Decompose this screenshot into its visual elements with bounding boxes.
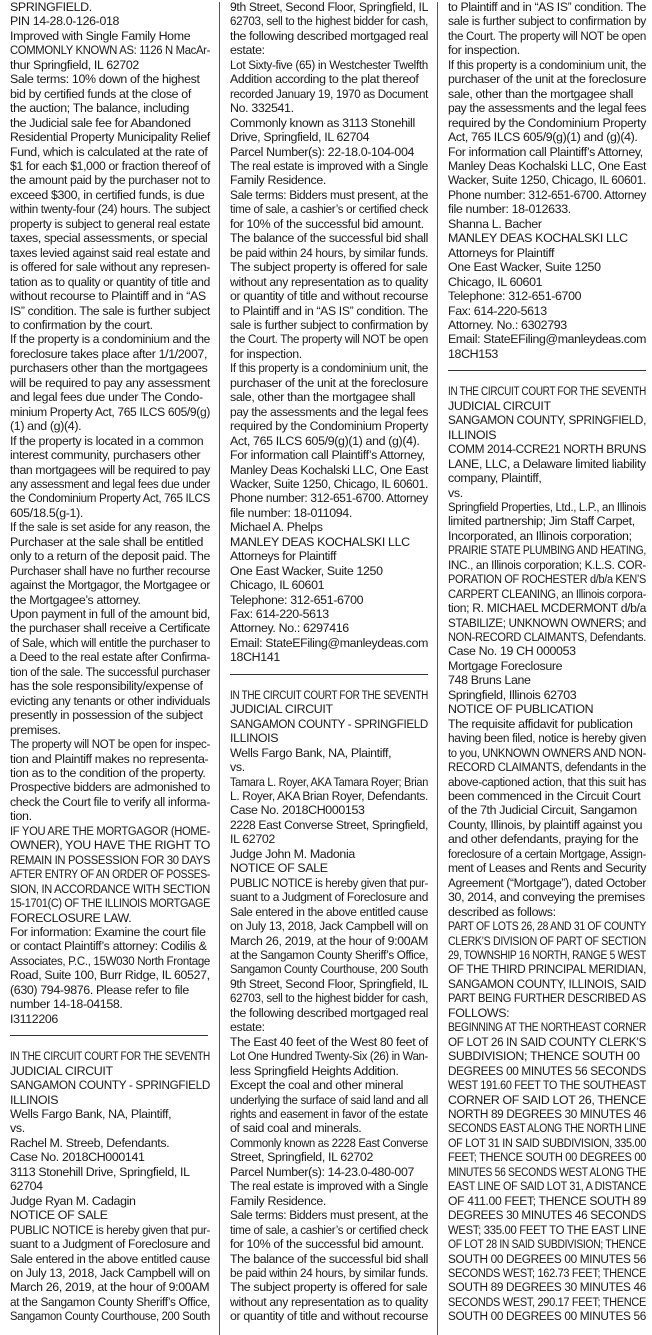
- text-line: FEET; THENCE SOUTH 00 DEGREES 00: [448, 1150, 625, 1164]
- text-line: to confirmation by the court.: [10, 318, 210, 332]
- text-line: the Judicial sale fee for Abandoned: [10, 116, 210, 130]
- text-line: suant to a Judgment of Foreclosure and: [230, 890, 421, 904]
- text-line: 62704: [10, 1179, 210, 1193]
- text-line: Mortgage Foreclosure: [448, 659, 646, 673]
- text-line: IS” condition. The sale is further subje…: [10, 304, 207, 318]
- text-line: Associates, P.C., 15W030 North Frontage: [10, 954, 196, 968]
- text-line: Sale terms: 10% down of the highest: [10, 72, 210, 86]
- text-line: $1 for each $1,000 or fraction thereof o…: [10, 159, 207, 173]
- text-line: or quantity of title and without recours…: [230, 289, 428, 303]
- text-line: file number: 18-011094.: [230, 506, 428, 520]
- text-line: SION, IN ACCORDANCE WITH SECTION: [10, 882, 189, 896]
- text-line: at the Sangamon County Sheriff’s Office,: [230, 948, 417, 962]
- text-line: The real estate is improved with a Singl…: [230, 1179, 418, 1193]
- text-line: company, Plaintiff,: [448, 471, 646, 485]
- column-2: 9th Street, Second Floor, Springfield, I…: [230, 0, 428, 1335]
- text-line: Except the coal and other mineral: [230, 1078, 428, 1092]
- text-line: CARPERT CLEANING, an Illinois corpora-: [448, 587, 626, 601]
- text-line: REMAIN IN POSSESSION FOR 30 DAYS: [10, 853, 191, 867]
- text-line: OF LOT 28 IN SAID SUBDIVISION; THENCE: [448, 1237, 613, 1251]
- text-line: (1) and (g)(4).: [10, 419, 210, 433]
- text-line: CORNER OF SAID LOT 26, THENCE: [448, 1093, 645, 1107]
- text-line: RECORD CLAIMANTS, defendants in the: [448, 760, 628, 774]
- text-line: One East Wacker, Suite 1250: [448, 260, 646, 274]
- text-line: minium Property Act, 765 ILCS 605/9(g): [10, 405, 204, 419]
- text-line: SECONDS WEST, 290.17 FEET; THENCE: [448, 1295, 623, 1309]
- text-line: and other defendants, praying for the: [448, 832, 646, 846]
- text-line: check the Court file to verify all infor…: [10, 795, 207, 809]
- text-line: JUDICIAL CIRCUIT: [10, 1064, 210, 1078]
- text-line: PUBLIC NOTICE is hereby given that pur-: [230, 876, 410, 890]
- text-line: OWNER), YOU HAVE THE RIGHT TO: [10, 838, 209, 852]
- column-separator: [437, 2, 438, 1335]
- text-line: Rachel M. Streeb, Defendants.: [10, 1136, 210, 1150]
- text-line: Judge John M. Madonia: [230, 847, 428, 861]
- text-line: JUDICIAL CIRCUIT: [230, 702, 428, 716]
- text-line: on July 13, 2018, Jack Campbell will on: [10, 1266, 207, 1280]
- text-line: For information: Examine the court file: [10, 925, 210, 939]
- text-line: Telephone: 312-651-6700: [448, 289, 646, 303]
- text-line: above-captioned action, that this suit h…: [448, 775, 635, 789]
- text-line: taxes levied against said real estate an…: [10, 246, 204, 260]
- text-line: Sangamon County Courthouse, 200 South: [10, 1309, 191, 1323]
- text-line: IN THE CIRCUIT COURT FOR THE SEVENTH: [230, 688, 388, 702]
- text-line: Case No. 2018CH000141: [10, 1150, 210, 1164]
- text-line: described as follows:: [448, 905, 646, 919]
- text-line: Sale terms: Bidders must present, at the: [230, 188, 419, 202]
- text-line: One East Wacker, Suite 1250: [230, 564, 428, 578]
- text-line: pay the assessments and the legal fees: [230, 405, 422, 419]
- text-line: The balance of the successful bid shall: [230, 1252, 427, 1266]
- text-line: The requisite affidavit for publication: [448, 717, 646, 731]
- text-line: will be required to pay any assessment: [10, 376, 210, 390]
- text-line: the Court. The property will NOT be open: [230, 332, 415, 346]
- text-line: Manley Deas Kochalski LLC, One East: [448, 159, 643, 173]
- text-line: estate:: [230, 1020, 428, 1034]
- text-line: MANLEY DEAS KOCHALSKI LLC: [448, 231, 646, 245]
- text-line: JUDICIAL CIRCUIT: [448, 399, 646, 413]
- text-line: SPRINGFIELD.: [10, 0, 210, 14]
- text-line: EAST LINE OF SAID LOT 31, A DISTANCE: [448, 1179, 621, 1193]
- text-line: CLERK’S DIVISION OF PART OF SECTION: [448, 934, 616, 948]
- text-line: Purchaser at the sale shall be entitled: [10, 535, 210, 549]
- text-line: of the 7th Judicial Circuit, Sangamon: [448, 803, 646, 817]
- text-line: L. Royer, AKA Brian Royer, Defendants.: [230, 789, 421, 803]
- text-line: 2228 East Converse Street, Springfield,: [230, 818, 422, 832]
- text-line: PART OF LOTS 26, 28 AND 31 OF COUNTY: [448, 919, 614, 933]
- text-line: Act, 765 ILCS 605/9(g)(1) and (g)(4).: [230, 434, 428, 448]
- text-line: Sale entered in the above entitled cause: [230, 905, 419, 919]
- text-line: ILLINOIS: [448, 428, 646, 442]
- text-line: NON-RECORD CLAIMANTS, Defendants.: [448, 630, 625, 644]
- text-line: The balance of the successful bid shall: [230, 231, 427, 245]
- text-line: DEGREES 30 MINUTES 46 SECONDS: [448, 1208, 636, 1222]
- text-line: the following described mortgaged real: [230, 1006, 426, 1020]
- text-line: If the property is located in a common: [10, 434, 210, 448]
- text-line: OF THE THIRD PRINCIPAL MERIDIAN,: [448, 962, 635, 976]
- text-line: without recourse to Plaintiff and in “AS: [10, 289, 210, 303]
- text-line: WEST; 335.00 FEET TO THE EAST LINE: [448, 1223, 629, 1237]
- notice-block: IN THE CIRCUIT COURT FOR THE SEVENTHJUDI…: [10, 1049, 210, 1324]
- text-line: LANE, LLC, a Delaware limited liability: [448, 457, 646, 471]
- text-line: to Plaintiff and in “AS IS” condition. T…: [230, 304, 425, 318]
- text-line: the Court. The property will NOT be open: [448, 29, 633, 43]
- text-line: Act, 765 ILCS 605/9(g)(1) and (g)(4).: [448, 130, 646, 144]
- text-line: OF LOT 26 IN SAID COUNTY CLERK’S: [448, 1035, 635, 1049]
- text-line: Parcel Number(s): 22-18.0-104-004: [230, 145, 428, 159]
- text-line: Commonly known as 3113 Stonehill: [230, 116, 428, 130]
- text-line: DEGREES 00 MINUTES 56 SECONDS: [448, 1064, 636, 1078]
- text-line: March 26, 2019, at the hour of 9:00AM: [230, 934, 427, 948]
- text-line: Shanna L. Bacher: [448, 217, 646, 231]
- text-line: 18CH153: [448, 347, 646, 361]
- text-line: Phone number: 312-651-6700. Attorney: [448, 188, 639, 202]
- text-line: for 10% of the successful bid amount.: [230, 1237, 428, 1251]
- text-line: OF 411.00 FEET; THENCE SOUTH 89: [448, 1194, 642, 1208]
- text-line: Drive, Springfield, IL 62704: [230, 130, 428, 144]
- text-line: tion as to the condition of the property…: [10, 766, 210, 780]
- text-line: against the Mortgagor, the Mortgagee or: [10, 578, 203, 592]
- text-line: time of sale, a cashier’s or certified c…: [230, 1223, 415, 1237]
- text-line: MANLEY DEAS KOCHALSKI LLC: [230, 535, 428, 549]
- text-line: COMMONLY KNOWN AS: 1126 N MacAr-: [10, 43, 192, 57]
- text-line: Improved with Single Family Home: [10, 29, 210, 43]
- text-line: If this property is a condominium unit, …: [230, 361, 416, 375]
- text-line: Tamara L. Royer, AKA Tamara Royer; Brian: [230, 775, 405, 789]
- text-line: SOUTH 00 DEGREES 00 MINUTES 56: [448, 1309, 637, 1323]
- text-line: recorded January 19, 1970 as Document: [230, 87, 415, 101]
- text-line: without any representation as to quality: [230, 275, 425, 289]
- text-line: at the Sangamon County Sheriff’s Office,: [10, 1295, 200, 1309]
- text-line: Springfield, Illinois 62703: [448, 688, 646, 702]
- column-separator: [219, 2, 220, 1335]
- text-line: Purchaser shall have no further recourse: [10, 564, 201, 578]
- text-line: underlying the surface of said land and …: [230, 1093, 414, 1107]
- text-line: Email: StateEFiling@manleydeas.com: [448, 332, 645, 346]
- text-line: PART BEING FURTHER DESCRIBED AS: [448, 991, 626, 1005]
- text-line: been commenced in the Circuit Court: [448, 789, 646, 803]
- text-line: evicting any tenants or other individual…: [10, 694, 207, 708]
- text-line: ment of Leases and Rents and Security: [448, 861, 640, 875]
- text-line: within twenty-four (24) hours. The subje…: [10, 202, 198, 216]
- text-line: I3112206: [10, 1012, 210, 1026]
- text-line: AFTER ENTRY OF AN ORDER OF POSSES-: [10, 867, 175, 881]
- text-line: the amount paid by the purchaser not to: [10, 173, 205, 187]
- text-line: Family Residence.: [230, 173, 428, 187]
- text-line: purchaser of the unit at the foreclosure: [230, 376, 428, 390]
- text-line: Wacker, Suite 1250, Chicago, IL 60601.: [230, 477, 422, 491]
- text-line: If the property is a condominium and the: [10, 332, 203, 346]
- text-line: thur Springfield, IL 62702: [10, 58, 210, 72]
- text-line: Residential Property Municipality Relief: [10, 130, 209, 144]
- text-line: PUBLIC NOTICE is hereby given that pur-: [10, 1223, 194, 1237]
- text-line: sale, other than the mortgagee shall: [230, 390, 428, 404]
- text-line: FOLLOWS:: [448, 1006, 646, 1020]
- text-line: SECONDS WEST; 162.73 FEET; THENCE: [448, 1266, 623, 1280]
- text-line: property is subject to general real esta…: [10, 217, 204, 231]
- text-line: Wacker, Suite 1250, Chicago, IL 60601.: [448, 173, 640, 187]
- text-line: IF YOU ARE THE MORTGAGOR (HOME-: [10, 824, 191, 838]
- text-line: WEST 191.60 FEET TO THE SOUTHEAST: [448, 1078, 620, 1092]
- text-line: required by the Condominium Property: [230, 419, 426, 433]
- text-line: Commonly known as 2228 East Converse: [230, 1136, 410, 1150]
- text-line: be paid within 24 hours, by similar fund…: [230, 1266, 417, 1280]
- text-line: 29, TOWNSHIP 16 NORTH, RANGE 5 WEST: [448, 948, 612, 962]
- text-line: the Condominium Property Act, 765 ILCS: [10, 491, 198, 505]
- text-line: The East 40 feet of the West 80 feet of: [230, 1035, 428, 1049]
- text-line: foreclosure of a certain Mortgage, Assig…: [448, 847, 631, 861]
- text-line: Agreement (“Mortgage”), dated October: [448, 876, 639, 890]
- text-line: number 14-18-04158.: [10, 997, 210, 1011]
- text-line: rights and easement in favor of the esta…: [230, 1107, 414, 1121]
- text-line: be paid within 24 hours, by similar fund…: [230, 246, 417, 260]
- text-line: sale is further subject to confirmation …: [448, 14, 641, 28]
- text-line: SANGAMON COUNTY, SPRINGFIELD,: [448, 413, 635, 427]
- text-line: premises.: [10, 723, 210, 737]
- column-3: to Plaintiff and in “AS IS” condition. T…: [448, 0, 646, 1335]
- text-line: SOUTH 00 DEGREES 00 MINUTES 56: [448, 1252, 637, 1266]
- text-line: 605/18.5(g-1).: [10, 506, 210, 520]
- text-line: SANGAMON COUNTY, ILLINOIS, SAID: [448, 977, 635, 991]
- text-line: vs.: [448, 486, 646, 500]
- text-line: only to a return of the deposit paid. Th…: [10, 549, 209, 563]
- text-line: limited partnership; Jim Staff Carpet,: [448, 514, 646, 528]
- text-line: FORECLOSURE LAW.: [10, 911, 210, 925]
- text-line: Case No. 19 CH 000053: [448, 644, 646, 658]
- text-line: foreclosure takes place after 1/1/2007,: [10, 347, 210, 361]
- text-line: required by the Condominium Property: [448, 116, 644, 130]
- text-line: Telephone: 312-651-6700: [230, 593, 428, 607]
- text-line: Attorney. No.: 6297416: [230, 621, 428, 635]
- text-line: Manley Deas Kochalski LLC, One East: [230, 463, 425, 477]
- text-line: tion; R. MICHAEL MCDERMONT d/b/a: [448, 601, 642, 615]
- text-line: County, Illinois, by plaintiff against y…: [448, 818, 646, 832]
- text-line: Parcel Number(s): 14-23.0-480-007: [230, 1165, 428, 1179]
- text-line: Judge Ryan M. Cadagin: [10, 1194, 210, 1208]
- notice-block: SPRINGFIELD.PIN 14-28.0-126-018Improved …: [10, 0, 210, 1026]
- text-line: 62703, sell to the highest bidder for ca…: [230, 991, 415, 1005]
- text-line: March 26, 2019, at the hour of 9:00AM: [10, 1280, 210, 1294]
- divider-rule: [230, 674, 428, 675]
- text-line: Upon payment in full of the amount bid,: [10, 607, 208, 621]
- text-line: IL 62702: [230, 832, 428, 846]
- text-line: tion.: [10, 809, 210, 823]
- text-line: Case No. 2018CH000153: [230, 803, 428, 817]
- text-line: the following described mortgaged real: [230, 29, 426, 43]
- text-line: Sangamon County Courthouse, 200 South: [230, 962, 408, 976]
- text-line: Phone number: 312-651-6700. Attorney: [230, 491, 421, 505]
- text-line: The property will NOT be open for inspec…: [10, 737, 196, 751]
- text-line: pay the assessments and the legal fees: [448, 101, 640, 115]
- text-line: Sale terms: Bidders must present, at the: [230, 1208, 419, 1222]
- text-line: PIN 14-28.0-126-018: [10, 14, 210, 28]
- notice-block: IN THE CIRCUIT COURT FOR THE SEVENTHJUDI…: [448, 384, 646, 1323]
- text-line: Lot One Hundred Twenty-Six (26) in Wan-: [230, 1049, 411, 1063]
- text-line: Michael A. Phelps: [230, 520, 428, 534]
- text-line: is offered for sale without any represen…: [10, 260, 207, 274]
- text-line: to you, UNKNOWN OWNERS AND NON-: [448, 746, 628, 760]
- text-line: Road, Suite 100, Burr Ridge, IL 60527,: [10, 968, 210, 982]
- text-line: PORATION OF ROCHESTER d/b/a KEN’S: [448, 572, 622, 586]
- text-line: and legal fees due under The Condo-: [10, 390, 210, 404]
- text-line: less Springfield Heights Addition.: [230, 1064, 428, 1078]
- text-line: STABILIZE; UNKNOWN OWNERS; and: [448, 616, 635, 630]
- text-line: Chicago, IL 60601: [448, 275, 646, 289]
- text-line: 18CH141: [230, 650, 428, 664]
- text-line: BEGINNING AT THE NORTHEAST CORNER: [448, 1020, 611, 1034]
- text-line: NOTICE OF SALE: [10, 1208, 210, 1222]
- text-line: Fax: 614-220-5613: [230, 607, 428, 621]
- text-line: Incorporated, an Illinois corporation;: [448, 529, 646, 543]
- column-1: SPRINGFIELD.PIN 14-28.0-126-018Improved …: [10, 0, 210, 1335]
- text-line: for inspection.: [448, 43, 646, 57]
- text-line: suant to a Judgment of Foreclosure and: [10, 1237, 204, 1251]
- text-line: ILLINOIS: [10, 1093, 210, 1107]
- text-line: presently in possession of the subject: [10, 708, 210, 722]
- text-line: If the sale is set aside for any reason,…: [10, 520, 200, 534]
- text-line: The subject property is offered for sale: [230, 260, 428, 274]
- text-line: of said coal and minerals.: [230, 1121, 428, 1135]
- text-line: for 10% of the successful bid amount.: [230, 217, 428, 231]
- text-line: Family Residence.: [230, 1194, 428, 1208]
- text-line: Lot Sixty-five (65) in Westchester Twelf…: [230, 58, 417, 72]
- text-line: SANGAMON COUNTY - SPRINGFIELD: [10, 1078, 199, 1092]
- text-line: PRAIRIE STATE PLUMBING AND HEATING,: [448, 543, 613, 557]
- text-line: 3113 Stonehill Drive, Springfield, IL: [10, 1165, 210, 1179]
- text-line: for inspection.: [230, 347, 428, 361]
- text-line: Attorneys for Plaintiff: [230, 549, 428, 563]
- text-line: NOTICE OF SALE: [230, 861, 428, 875]
- text-line: tion and Plaintiff makes no representa-: [10, 752, 210, 766]
- text-line: SECONDS EAST ALONG THE NORTH LINE: [448, 1121, 613, 1135]
- text-line: file number: 18-012633.: [448, 202, 646, 216]
- text-line: NORTH 89 DEGREES 30 MINUTES 46: [448, 1107, 636, 1121]
- text-line: Sale entered in the above entitled cause: [10, 1252, 203, 1266]
- text-line: OF LOT 31 IN SAID SUBDIVISION, 335.00: [448, 1136, 622, 1150]
- text-line: having been filed, notice is hereby give…: [448, 731, 638, 745]
- legal-notices-page: SPRINGFIELD.PIN 14-28.0-126-018Improved …: [0, 0, 652, 1335]
- text-line: purchasers other than the mortgagees: [10, 361, 210, 375]
- text-line: tion of the sale. The successful purchas…: [10, 665, 197, 679]
- text-line: 9th Street, Second Floor, Springfield, I…: [230, 0, 424, 14]
- text-line: NOTICE OF PUBLICATION: [448, 702, 646, 716]
- text-line: the Mortgagee’s attorney.: [10, 593, 210, 607]
- text-line: Springfield Properties, Ltd., L.P., an I…: [448, 500, 630, 514]
- text-line: Fax: 614-220-5613: [448, 304, 646, 318]
- text-line: vs.: [230, 760, 428, 774]
- text-line: interest community, purchasers other: [10, 448, 210, 462]
- text-line: Wells Fargo Bank, NA, Plaintiff,: [10, 1107, 210, 1121]
- notice-block: 9th Street, Second Floor, Springfield, I…: [230, 0, 428, 665]
- text-line: tation as to quality or quantity of titl…: [10, 275, 204, 289]
- text-line: Prospective bidders are admonished to: [10, 780, 208, 794]
- notice-block: IN THE CIRCUIT COURT FOR THE SEVENTHJUDI…: [230, 688, 428, 1324]
- text-line: exceed $300, in certified funds, is due: [10, 188, 210, 202]
- text-line: ILLINOIS: [230, 731, 428, 745]
- text-line: 748 Bruns Lane: [448, 673, 646, 687]
- text-line: The real estate is improved with a Singl…: [230, 159, 418, 173]
- text-line: purchaser of the unit at the foreclosure: [448, 72, 646, 86]
- text-line: taxes, special assessments, or special: [10, 231, 210, 245]
- text-line: Email: StateEFiling@manleydeas.com: [230, 636, 427, 650]
- text-line: or contact Plaintiff’s attorney: Codilis…: [10, 939, 210, 953]
- text-line: on July 13, 2018, Jack Campbell will on: [230, 919, 423, 933]
- text-line: estate:: [230, 43, 428, 57]
- text-line: 15-1701(C) OF THE ILLINOIS MORTGAGE: [10, 896, 185, 910]
- text-line: bid by certified funds at the close of: [10, 87, 210, 101]
- text-line: Attorneys for Plaintiff: [448, 246, 646, 260]
- text-line: the auction; The balance, including: [10, 101, 210, 115]
- text-line: (630) 794-9876. Please refer to file: [10, 983, 210, 997]
- text-line: Street, Springfield, IL 62702: [230, 1150, 428, 1164]
- text-line: INC., an Illinois corporation; K.L.S. CO…: [448, 558, 635, 572]
- text-line: COMM 2014-CCRE21 NORTH BRUNS: [448, 442, 637, 456]
- text-line: The subject property is offered for sale: [230, 1280, 428, 1294]
- text-line: IN THE CIRCUIT COURT FOR THE SEVENTH: [448, 384, 606, 398]
- text-line: sale is further subject to confirmation …: [230, 318, 423, 332]
- text-line: SANGAMON COUNTY - SPRINGFIELD: [230, 717, 416, 731]
- divider-rule: [448, 370, 646, 371]
- text-line: any assessment and legal fees due under: [10, 477, 195, 491]
- notice-block: to Plaintiff and in “AS IS” condition. T…: [448, 0, 646, 361]
- text-line: IN THE CIRCUIT COURT FOR THE SEVENTH: [10, 1049, 171, 1063]
- text-line: No. 332541.: [230, 101, 428, 115]
- text-line: SUBDIVISION; THENCE SOUTH 00: [448, 1049, 646, 1063]
- text-line: Wells Fargo Bank, NA, Plaintiff,: [230, 746, 428, 760]
- text-line: For information call Plaintiff’s Attorne…: [448, 145, 646, 159]
- text-line: MINUTES 56 SECONDS WEST ALONG THE: [448, 1165, 612, 1179]
- text-line: or quantity of title and without recours…: [230, 1309, 428, 1323]
- text-line: without any representation as to quality: [230, 1295, 425, 1309]
- text-line: of Sale, which will entitle the purchase…: [10, 636, 199, 650]
- text-line: 9th Street, Second Floor, Springfield, I…: [230, 977, 424, 991]
- text-line: than mortgagees will be required to pay: [10, 463, 207, 477]
- text-line: has the sole responsibility/expense of: [10, 679, 210, 693]
- text-line: a Deed to the real estate after Confirma…: [10, 650, 203, 664]
- text-line: Fund, which is calculated at the rate of: [10, 145, 210, 159]
- text-line: If this property is a condominium unit, …: [448, 58, 634, 72]
- text-line: For information call Plaintiff’s Attorne…: [230, 448, 428, 462]
- text-line: SOUTH 89 DEGREES 30 MINUTES 46: [448, 1280, 637, 1294]
- text-line: sale, other than the mortgagee shall: [448, 87, 646, 101]
- text-line: the purchaser shall receive a Certificat…: [10, 621, 207, 635]
- text-line: vs.: [10, 1121, 210, 1135]
- text-line: 62703, sell to the highest bidder for ca…: [230, 14, 415, 28]
- text-line: Chicago, IL 60601: [230, 578, 428, 592]
- text-line: 30, 2014, and conveying the premises: [448, 890, 646, 904]
- divider-rule: [10, 1035, 208, 1036]
- text-line: Addition according to the plat thereof: [230, 72, 428, 86]
- text-line: Attorney. No.: 6302793: [448, 318, 646, 332]
- text-line: time of sale, a cashier’s or certified c…: [230, 202, 415, 216]
- text-line: to Plaintiff and in “AS IS” condition. T…: [448, 0, 643, 14]
